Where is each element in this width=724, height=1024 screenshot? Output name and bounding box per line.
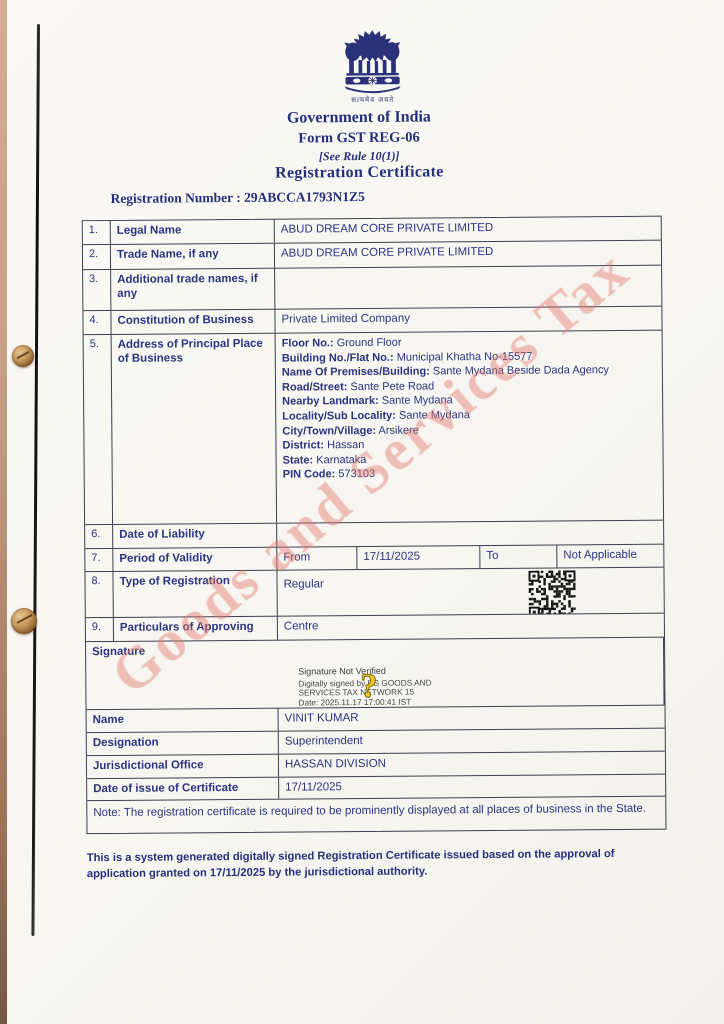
row-value bbox=[275, 266, 661, 309]
validity-to-value: Not Applicable bbox=[557, 545, 663, 568]
row-number: 1. bbox=[83, 221, 111, 244]
row-label: Constitution of Business bbox=[111, 310, 275, 334]
question-mark-icon: ? bbox=[360, 668, 377, 706]
scanned-certificate-page: Goods and Services Tax bbox=[0, 0, 724, 1024]
title-government-of-india: Government of India bbox=[109, 107, 609, 129]
row-value: ABUD DREAM CORE PRIVATE LIMITED bbox=[275, 241, 661, 268]
row-number: 6. bbox=[85, 525, 113, 548]
officer-label: Name bbox=[87, 709, 279, 733]
row-number: 5. bbox=[84, 335, 113, 524]
registration-type-cell: Regular bbox=[277, 568, 663, 616]
officer-value: VINIT KUMAR bbox=[279, 706, 665, 731]
row-label: Date of Liability bbox=[113, 524, 277, 548]
digital-signature-block: ? Signature Not Verified Digitally signe… bbox=[298, 665, 528, 708]
binding-brad-bottom bbox=[11, 608, 37, 634]
note-row: Note: The registration certificate is re… bbox=[87, 797, 665, 834]
table-row-additional-trade-names: 3. Additional trade names, if any bbox=[83, 266, 661, 312]
row-label: Particulars of Approving bbox=[114, 617, 278, 641]
row-number: 2. bbox=[83, 245, 111, 269]
row-label: Address of Principal Place of Business bbox=[112, 334, 277, 524]
row-number: 8. bbox=[85, 572, 113, 617]
row-number: 7. bbox=[85, 549, 113, 571]
address-line: PIN Code: 573103 bbox=[283, 465, 657, 483]
address-cell: Floor No.: Ground Floor Building No./Fla… bbox=[276, 331, 663, 523]
officer-label: Designation bbox=[87, 732, 279, 756]
officer-value: HASSAN DIVISION bbox=[279, 752, 665, 777]
signature-not-verified-text: Signature Not Verified bbox=[298, 665, 528, 677]
india-emblem: सत्यमेव जयते bbox=[330, 26, 415, 106]
row-label: Type of Registration bbox=[113, 571, 277, 617]
note-text: Note: The registration certificate is re… bbox=[87, 797, 665, 834]
system-generated-footer: This is a system generated digitally sig… bbox=[87, 847, 675, 883]
registration-number-line: Registration Number : 29ABCCA1793N1Z5 bbox=[110, 189, 364, 207]
row-label: Period of Validity bbox=[113, 548, 277, 571]
row-number: 3. bbox=[83, 270, 111, 310]
paper-left-edge bbox=[0, 0, 7, 1024]
signature-section: Signature ? Signature Not Verified Digit… bbox=[86, 638, 665, 711]
table-row-address: 5. Address of Principal Place of Busines… bbox=[84, 331, 663, 526]
officer-value: Superintendent bbox=[279, 729, 665, 754]
binding-brad-top bbox=[12, 345, 34, 367]
row-label: Legal Name bbox=[111, 220, 275, 244]
row-label: Trade Name, if any bbox=[111, 244, 275, 269]
officer-value: 17/11/2025 bbox=[279, 775, 665, 799]
officer-label: Date of issue of Certificate bbox=[87, 778, 279, 801]
title-registration-certificate: Registration Certificate bbox=[109, 162, 609, 184]
certificate-content: सत्यमेव जयते Government of India Form GS… bbox=[0, 0, 724, 1024]
row-value: ABUD DREAM CORE PRIVATE LIMITED bbox=[275, 217, 661, 243]
validity-from-label: From bbox=[277, 547, 357, 570]
officer-label: Jurisdictional Office bbox=[87, 755, 279, 779]
row-value: Centre bbox=[278, 614, 664, 640]
table-row-type-of-registration: 8. Type of Registration Regular bbox=[85, 568, 663, 619]
digitally-signed-date: Date: 2025.11.17 17:00:41 IST bbox=[298, 696, 528, 707]
row-value bbox=[277, 521, 663, 547]
row-number: 4. bbox=[83, 311, 111, 334]
row-value: Regular bbox=[283, 573, 323, 591]
address-line: Name Of Premises/Building: Sante Mydana … bbox=[282, 363, 656, 381]
validity-to-label: To bbox=[480, 545, 557, 568]
certificate-table: 1. Legal Name ABUD DREAM CORE PRIVATE LI… bbox=[82, 216, 667, 835]
validity-from-value: 17/11/2025 bbox=[357, 546, 480, 569]
registration-number-label: Registration Number : bbox=[110, 190, 240, 206]
title-form-gst-reg06: Form GST REG-06 bbox=[109, 128, 609, 149]
row-value: Private Limited Company bbox=[275, 307, 661, 333]
satyameva-jayate-motto: सत्यमेव जयते bbox=[331, 96, 415, 106]
lion-capital-icon bbox=[330, 26, 415, 99]
qr-code bbox=[528, 570, 575, 615]
row-label: Additional trade names, if any bbox=[111, 269, 275, 310]
row-number: 9. bbox=[86, 618, 114, 641]
registration-number-value: 29ABCCA1793N1Z5 bbox=[244, 189, 365, 205]
